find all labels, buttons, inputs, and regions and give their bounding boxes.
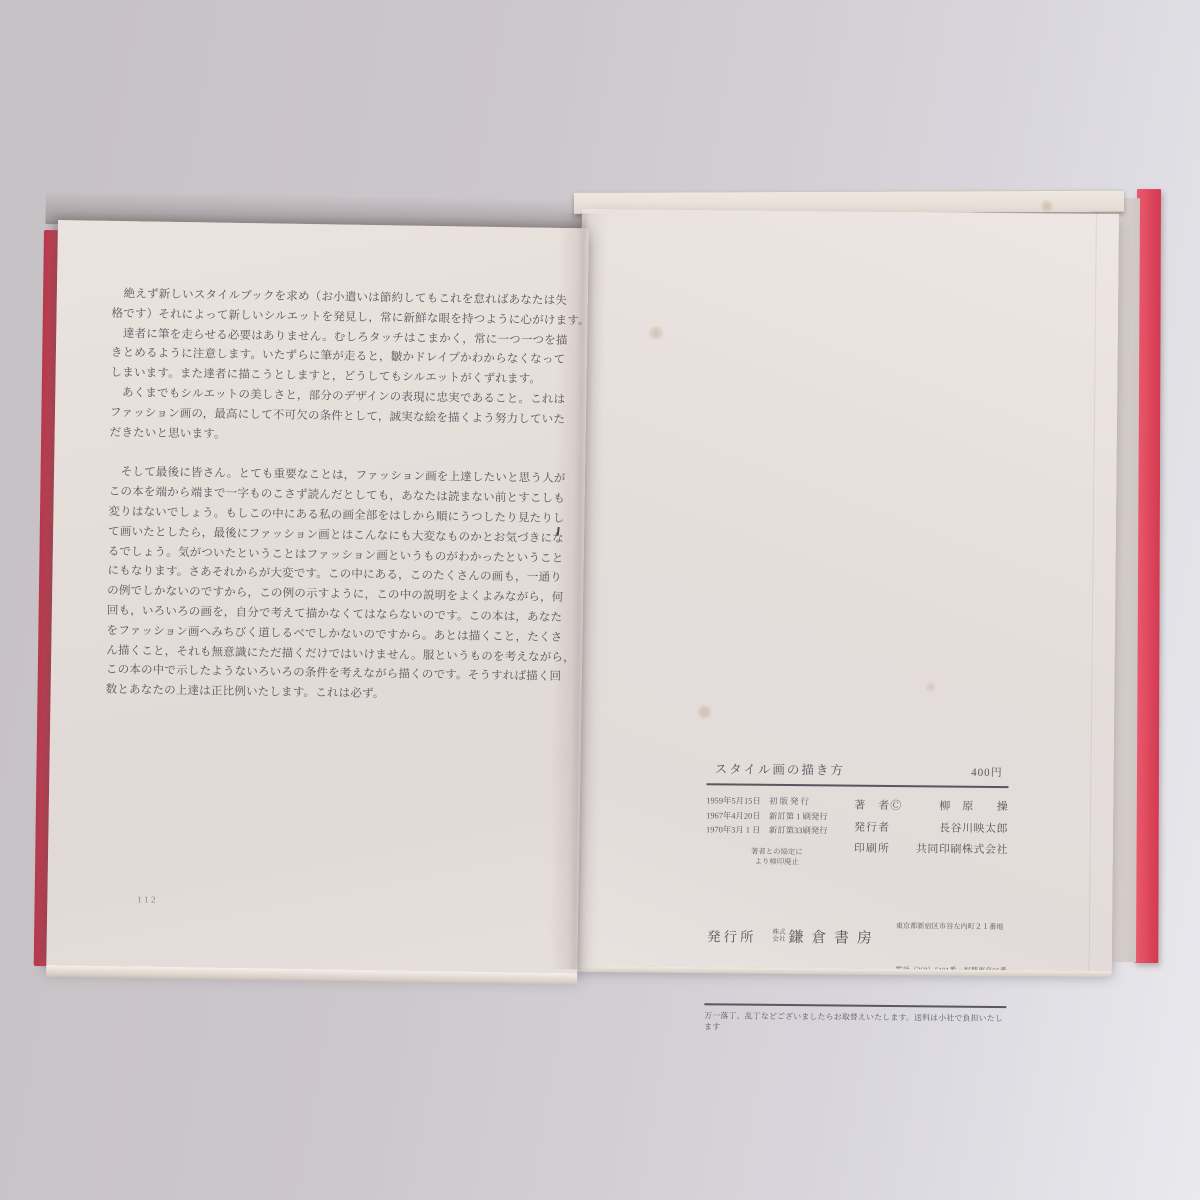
paragraph-1: 絶えず新しいスタイルブックを求め（お小遣いは節約してもこれを怠ればあなたは失 格… <box>110 285 556 450</box>
credit-row: 発行者 長谷川映太郎 <box>854 817 1008 840</box>
book-photo: スタイル画の描き方 400円 1959年5月15日 初 版 発 行 1967年4… <box>0 0 1200 1200</box>
credit-row: 印刷所 共同印刷株式会社 <box>854 839 1008 862</box>
credit-value: 共同印刷株式会社 <box>916 839 1008 861</box>
company-prefix: 株式 会社 <box>772 928 785 943</box>
credit-value: 柳 原 操 <box>939 796 1008 818</box>
colophon-main: 1959年5月15日 初 版 発 行 1967年4月20日 新訂第 1 刷発行 … <box>706 785 1009 868</box>
book-price: 400円 <box>971 764 1003 780</box>
colophon-title-row: スタイル画の描き方 400円 <box>706 759 1008 788</box>
edition-line: 1959年5月15日 初 版 発 行 <box>706 794 848 810</box>
credit-label: 発行者 <box>854 817 890 839</box>
credit-value: 長谷川映太郎 <box>939 818 1008 840</box>
colophon-editions: 1959年5月15日 初 版 発 行 1967年4月20日 新訂第 1 刷発行 … <box>706 794 849 867</box>
publisher-label: 発行所 <box>707 925 757 945</box>
page-crease-line <box>1089 214 1098 971</box>
page-number: 112 <box>137 894 158 904</box>
inspection-note: 著者との協定に より検印廃止 <box>706 846 848 867</box>
book-title: スタイル画の描き方 <box>715 759 845 778</box>
company-prefix-line: 会社 <box>772 936 785 944</box>
replacement-note: 万一落丁、乱丁などございましたらお取替えいたします。送料は小社で負担いたします <box>704 1010 1006 1035</box>
colophon-block: スタイル画の描き方 400円 1959年5月15日 初 版 発 行 1967年4… <box>704 759 1009 1034</box>
publisher-address: 東京都新宿区市谷左内町２１番地 電話（268）5101番・振替東京66番 <box>895 877 1008 999</box>
left-page: 絶えず新しいスタイルブックを求め（お小遣いは節約してもこれを怠ればあなたは失 格… <box>46 220 589 973</box>
body-text: 絶えず新しいスタイルブックを求め（お小遣いは節約してもこれを怠ればあなたは失 格… <box>105 285 555 708</box>
credit-label: 印刷所 <box>854 839 890 861</box>
credit-row: 著 者Ⓒ 柳 原 操 <box>854 796 1008 819</box>
colophon-rule <box>704 1003 1006 1008</box>
publisher-address-line: 東京都新宿区市谷左内町２１番地 <box>896 921 1008 933</box>
edition-line: 1967年4月20日 新訂第 1 刷発行 <box>706 809 848 825</box>
edition-line: 1970年3月 1 日 新訂第33刷発行 <box>706 823 848 839</box>
colophon-credits: 著 者Ⓒ 柳 原 操 発行者 長谷川映太郎 印刷所 共同印刷株式会社 <box>848 796 1009 869</box>
publisher-address-line: 電話（268）5101番・振替東京66番 <box>895 965 1007 977</box>
company-prefix-line: 株式 <box>773 928 786 936</box>
right-page: スタイル画の描き方 400円 1959年5月15日 初 版 発 行 1967年4… <box>575 209 1119 971</box>
publisher-row: 発行所 株式 会社 鎌 倉 書 房 東京都新宿区市谷左内町２１番地 電話（268… <box>704 875 1007 999</box>
publisher-name: 鎌 倉 書 房 <box>788 926 873 948</box>
inspection-note-line: より検印廃止 <box>706 856 848 867</box>
edition-list: 1959年5月15日 初 版 発 行 1967年4月20日 新訂第 1 刷発行 … <box>706 794 848 839</box>
credit-label: 著 者Ⓒ <box>854 796 902 818</box>
paragraph-2: そして最後に皆さん。とても重要なことは，ファッション画を上達したいと思う人が こ… <box>105 463 553 708</box>
